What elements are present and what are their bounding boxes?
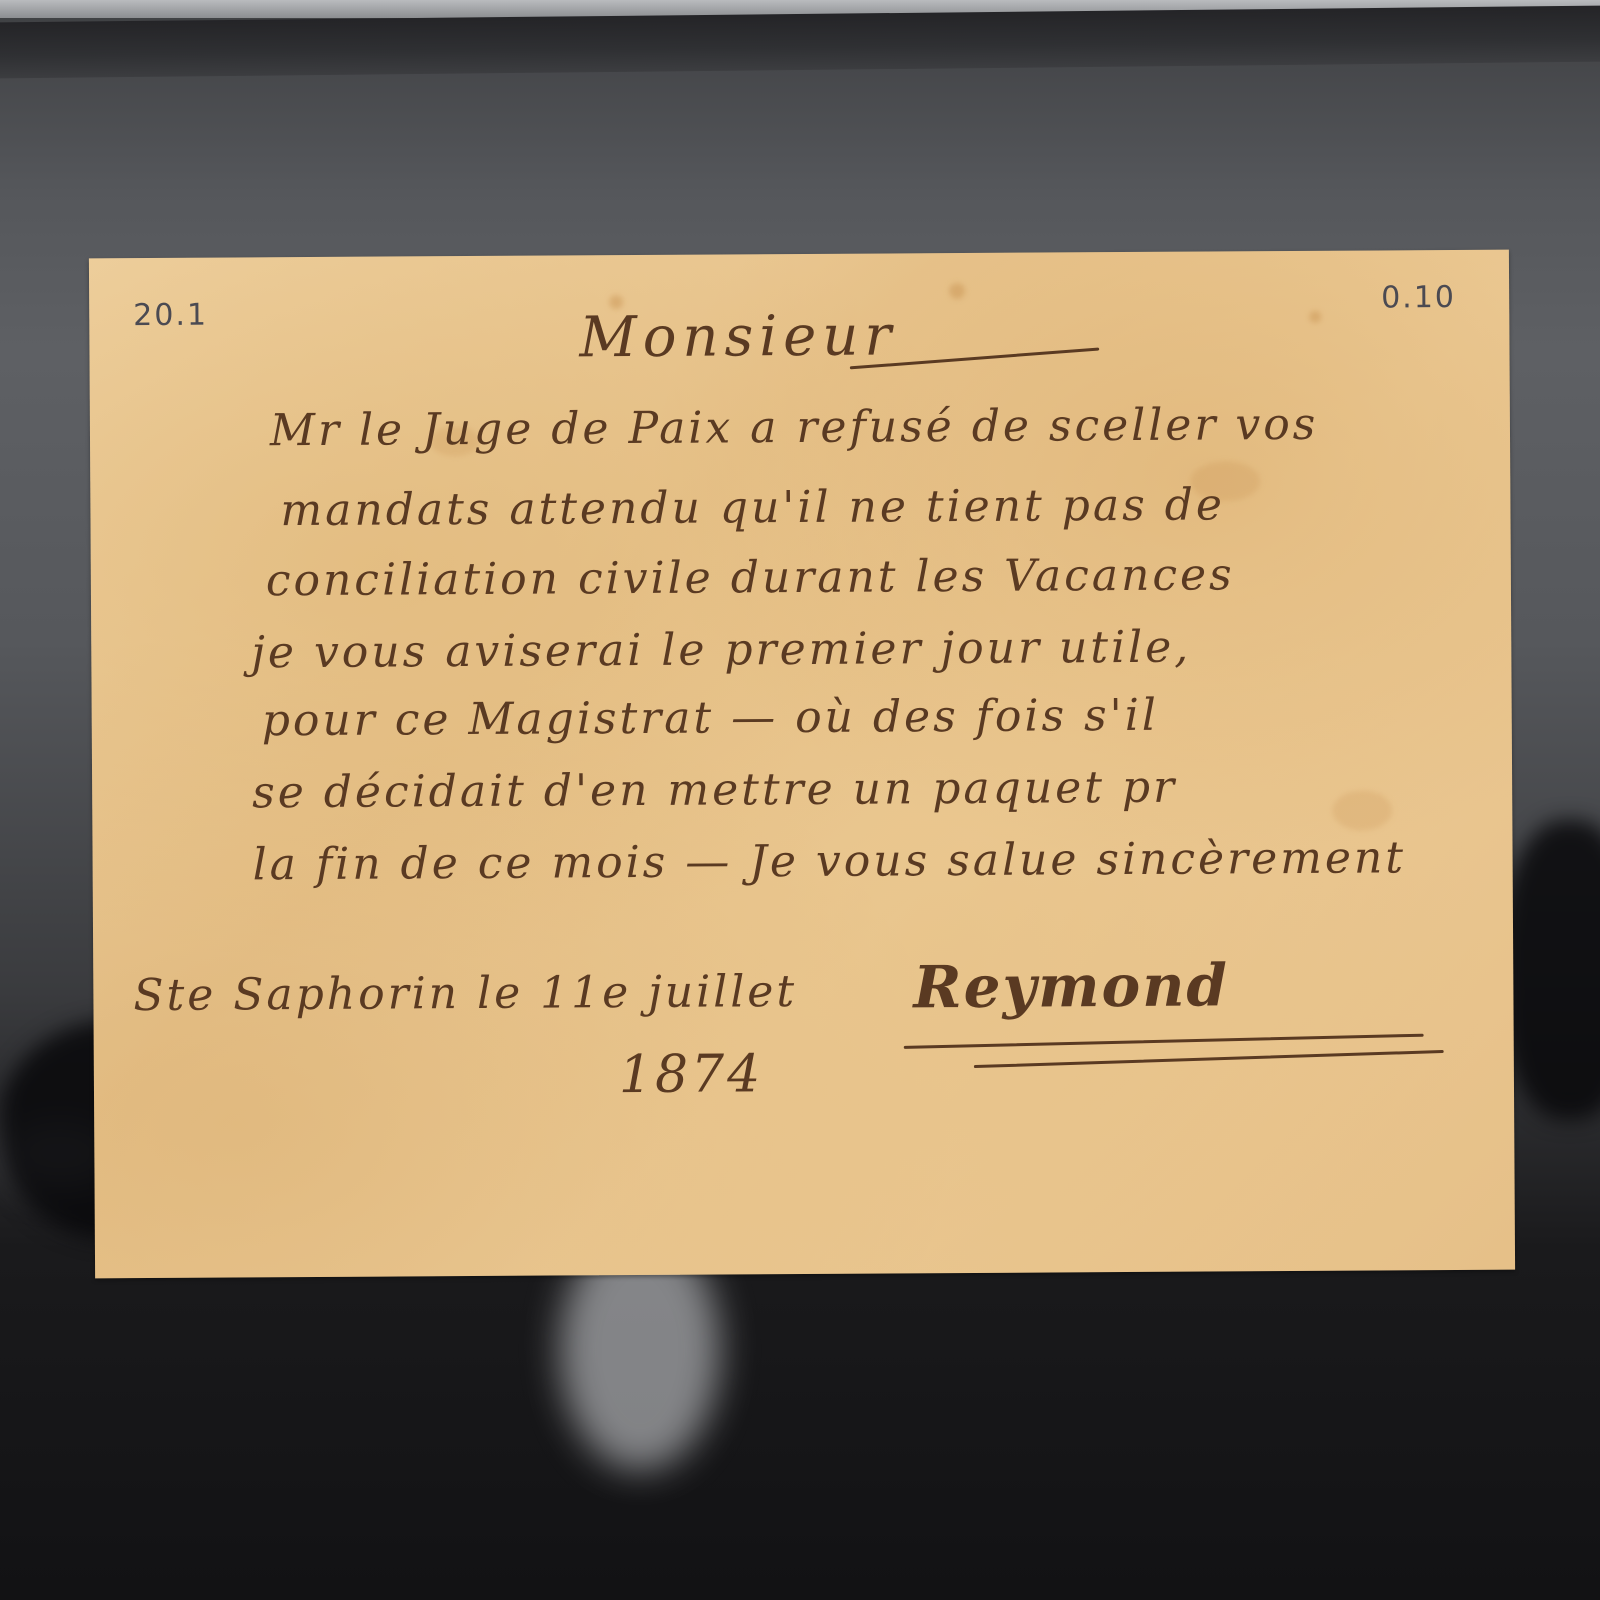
- body-line-6: se décidait d'en mettre un paquet pr: [252, 762, 1177, 819]
- body-line-5: pour ce Magistrat — où des fois s'il: [262, 690, 1160, 746]
- body-line-2: mandats attendu qu'il ne tient pas de: [280, 479, 1225, 536]
- closing-year: 1874: [619, 1044, 764, 1105]
- signature: Reymond: [913, 951, 1229, 1021]
- letter-card: 20.1 0.10 Monsieur Mr le Juge de Paix a …: [89, 250, 1515, 1279]
- hand-shadow: [1500, 820, 1600, 1120]
- body-line-4: je vous aviserai le premier jour utile,: [251, 622, 1191, 679]
- foxing-spot: [949, 283, 965, 299]
- signature-underline: [974, 1050, 1444, 1068]
- photo-scene: 20.1 0.10 Monsieur Mr le Juge de Paix a …: [0, 0, 1600, 1600]
- pencil-annotation-left: 20.1: [133, 298, 208, 333]
- closing-place-date: Ste Saphorin le 11e juillet: [133, 966, 797, 1021]
- foxing-spot: [1309, 311, 1321, 323]
- body-line-3: conciliation civile durant les Vacances: [266, 549, 1235, 606]
- signature-underline: [904, 1034, 1424, 1049]
- foxing-spot: [1332, 790, 1392, 830]
- body-line-1: Mr le Juge de Paix a refusé de sceller v…: [270, 399, 1319, 456]
- body-line-7: la fin de ce mois — Je vous salue sincèr…: [252, 832, 1406, 890]
- pencil-annotation-right: 0.10: [1381, 280, 1456, 315]
- salutation: Monsieur: [579, 303, 897, 370]
